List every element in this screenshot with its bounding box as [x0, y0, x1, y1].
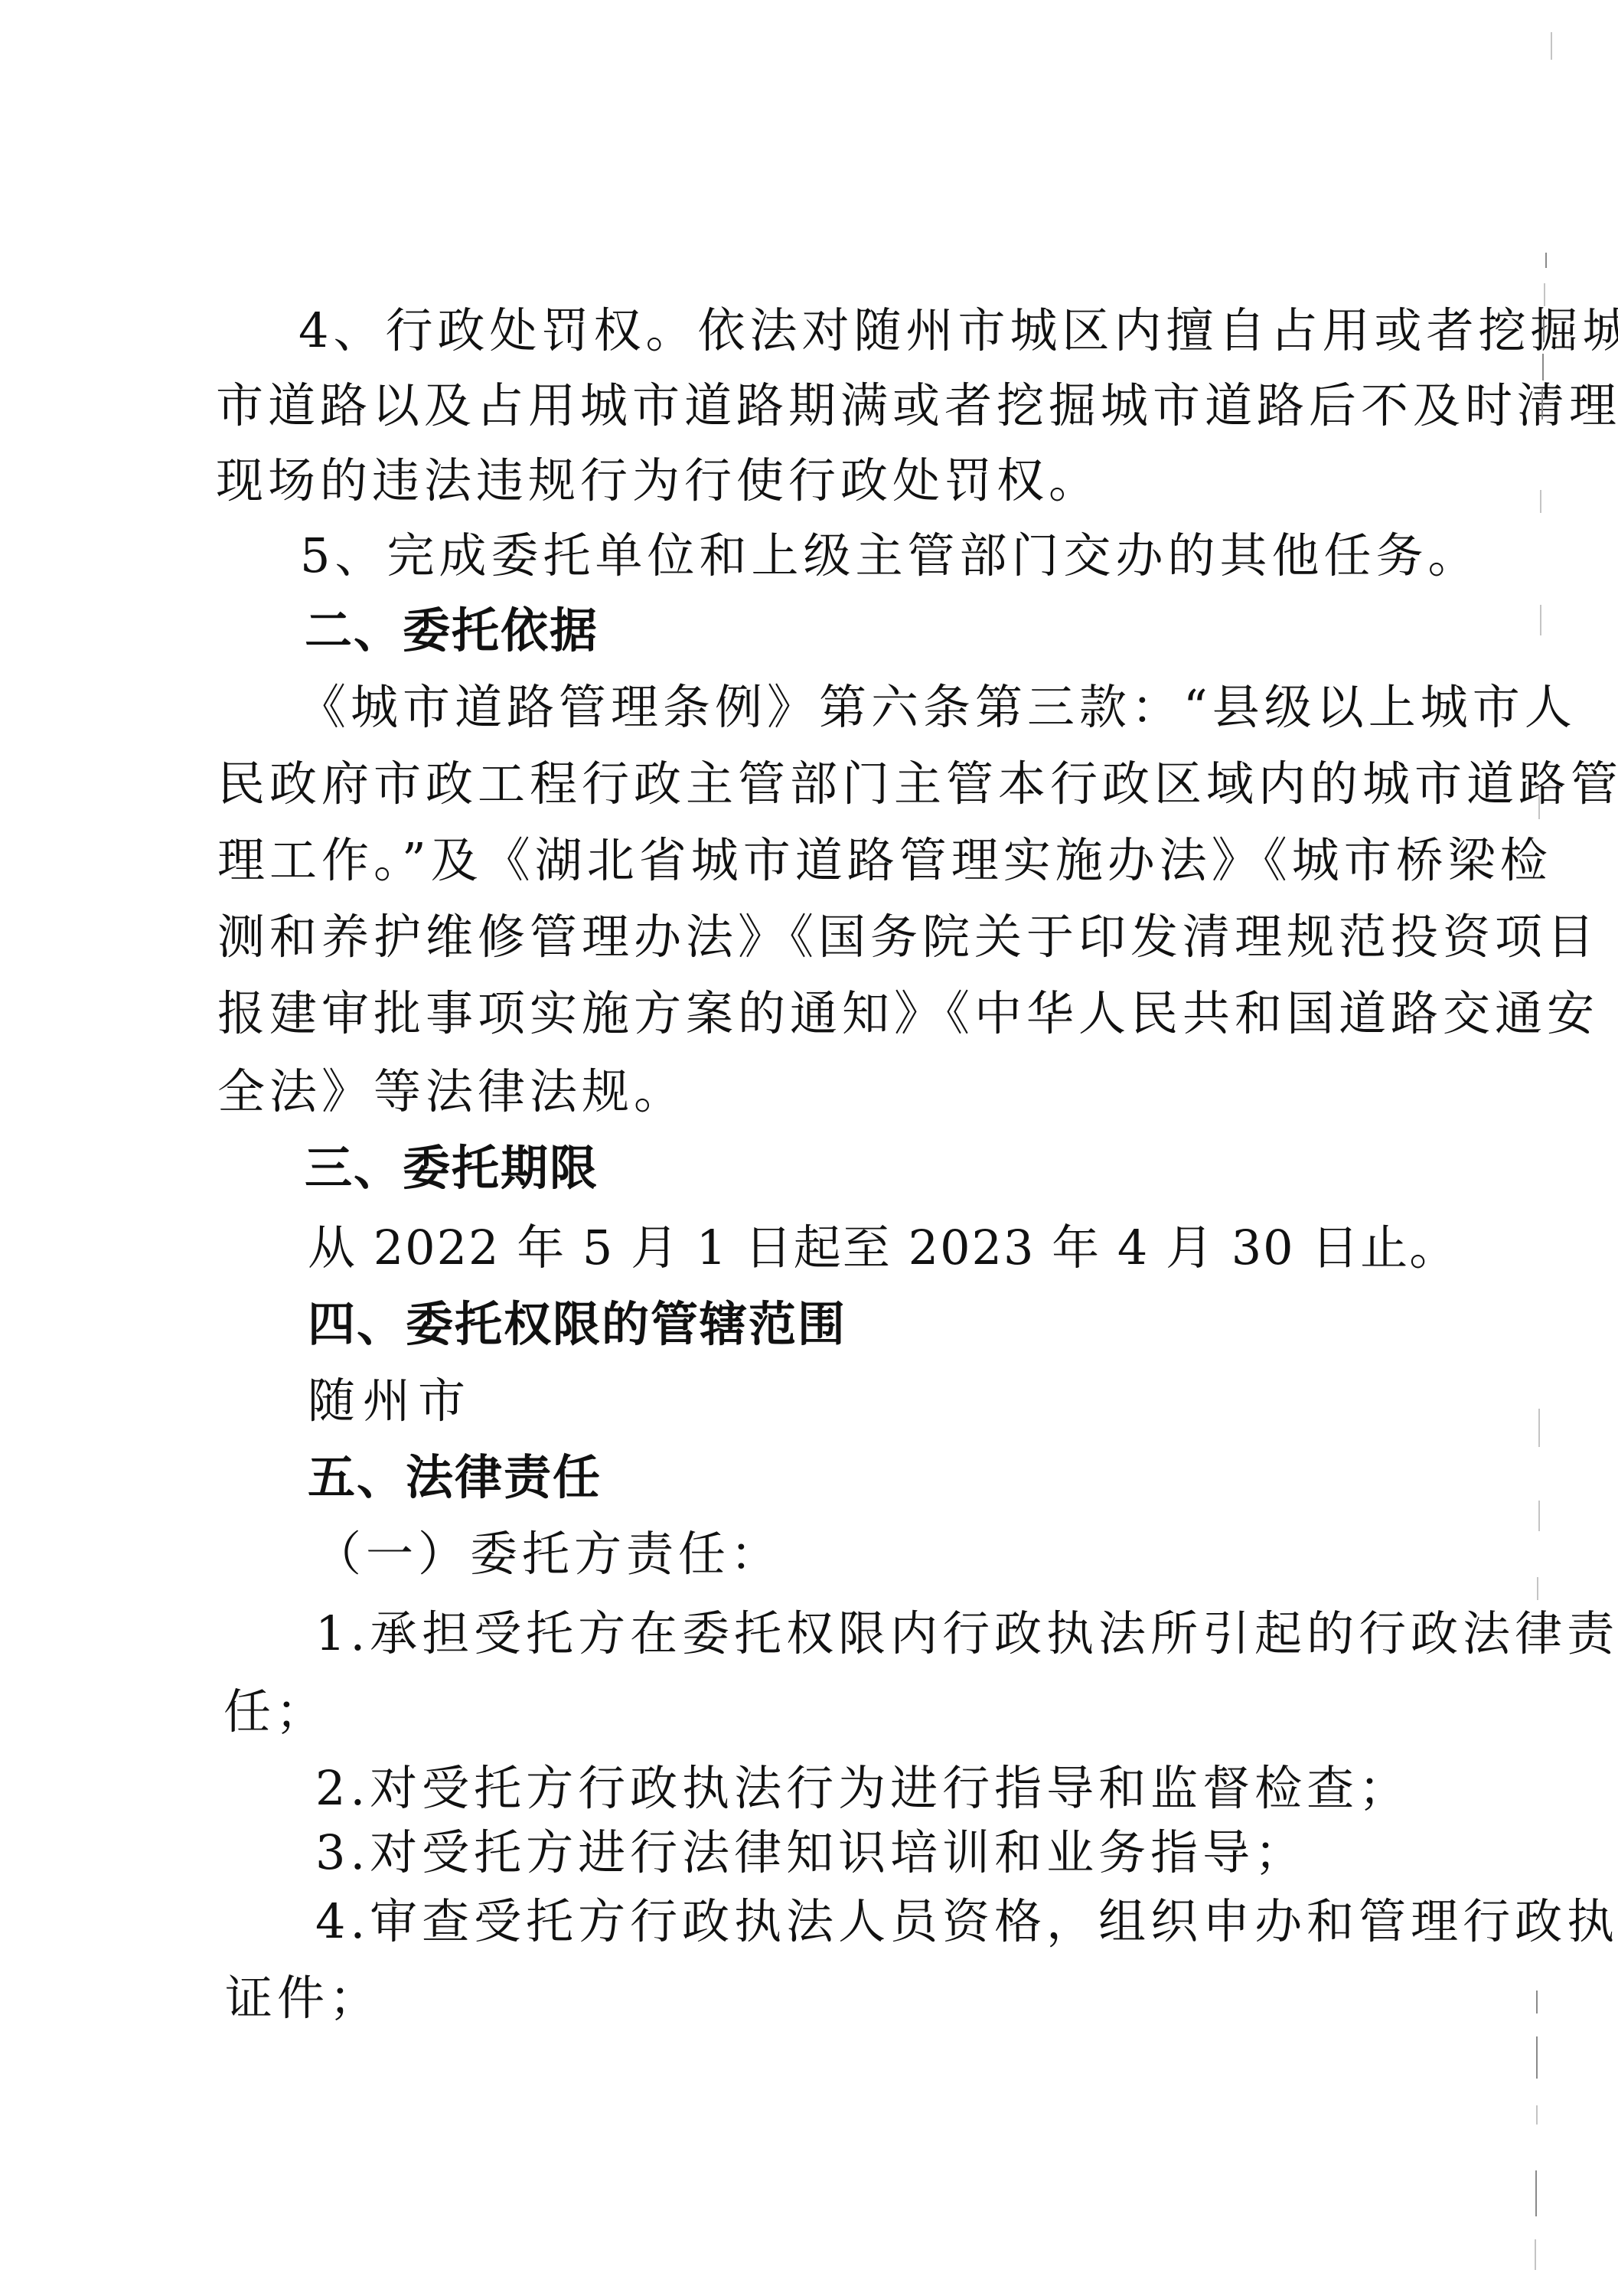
- liability-item-4-line-1: 4.审查受托方行政执法人员资格，组织申办和管理行政执法: [315, 1891, 1433, 1952]
- scan-edge-mark: [1540, 490, 1541, 513]
- period-text: 从 2022 年 5 月 1 日起至 2023 年 4 月 30 日止。: [308, 1217, 1458, 1279]
- scan-edge-mark: [1538, 796, 1540, 819]
- item-4-line-3: 现场的违法违规行为行使行政处罚权。: [216, 450, 1101, 511]
- section-heading-basis: 二、委托依据: [305, 600, 599, 661]
- liability-item-1-line-1: 1.承担受托方在委托权限内行政执法所引起的行政法律责: [315, 1603, 1433, 1664]
- liability-item-4-line-2: 证件；: [225, 1968, 381, 2029]
- basis-line-1: 《城市道路管理条例》第六条第三款：“县级以上城市人: [298, 677, 1408, 738]
- document-page: 4、行政处罚权。依法对随州市城区内擅自占用或者挖掘城 市道路以及占用城市道路期满…: [0, 0, 1618, 2296]
- section-heading-period: 三、委托期限: [305, 1138, 599, 1199]
- liability-item-1-line-2: 任；: [223, 1681, 328, 1742]
- scan-edge-mark: [1535, 2170, 1537, 2216]
- section-heading-liability: 五、法律责任: [308, 1447, 602, 1508]
- item-4-line-2: 市道路以及占用城市道路期满或者挖掘城市道路后不及时清理: [216, 375, 1401, 436]
- basis-line-4: 测和养护维修管理办法》《国务院关于印发清理规范投资项目: [217, 906, 1408, 968]
- item-5-line-1: 5、完成委托单位和上级主管部门交办的其他任务。: [300, 525, 1479, 586]
- liability-item-3: 3.对受托方进行法律知识培训和业务指导；: [315, 1822, 1306, 1883]
- scan-edge-mark: [1543, 318, 1545, 342]
- scan-edge-mark: [1537, 1577, 1538, 1600]
- scan-edge-mark: [1542, 354, 1544, 380]
- scan-edge-mark: [1545, 253, 1547, 268]
- basis-line-6: 全法》等法律法规。: [217, 1061, 686, 1122]
- scan-edge-mark: [1536, 2036, 1538, 2079]
- scan-edge-mark: [1535, 2239, 1536, 2270]
- jurisdiction-text: 随州市: [308, 1370, 473, 1432]
- basis-line-3: 理工作。”及《湖北省城市道路管理实施办法》《城市桥梁检: [217, 830, 1408, 891]
- scan-edge-mark: [1538, 1409, 1540, 1447]
- scan-edge-mark: [1541, 389, 1543, 420]
- subheading-entrusting-party: （一）委托方责任：: [314, 1524, 782, 1585]
- scan-edge-mark: [1551, 32, 1552, 60]
- scan-edge-mark: [1544, 283, 1545, 306]
- scan-edge-mark: [1536, 1991, 1538, 2013]
- item-4-line-1: 4、行政处罚权。依法对随州市城区内擅自占用或者挖掘城: [298, 300, 1401, 361]
- basis-line-5: 报建审批事项实施方案的通知》《中华人民共和国道路交通安: [217, 983, 1408, 1044]
- basis-line-2: 民政府市政工程行政主管部门主管本行政区域内的城市道路管: [217, 753, 1408, 815]
- scan-edge-mark: [1536, 2105, 1538, 2125]
- scan-edge-mark: [1540, 605, 1541, 635]
- section-heading-jurisdiction: 四、委托权限的管辖范围: [308, 1294, 847, 1355]
- scan-edge-mark: [1538, 1501, 1540, 1531]
- liability-item-2: 2.对受托方行政执法行为进行指导和监督检查；: [315, 1758, 1411, 1819]
